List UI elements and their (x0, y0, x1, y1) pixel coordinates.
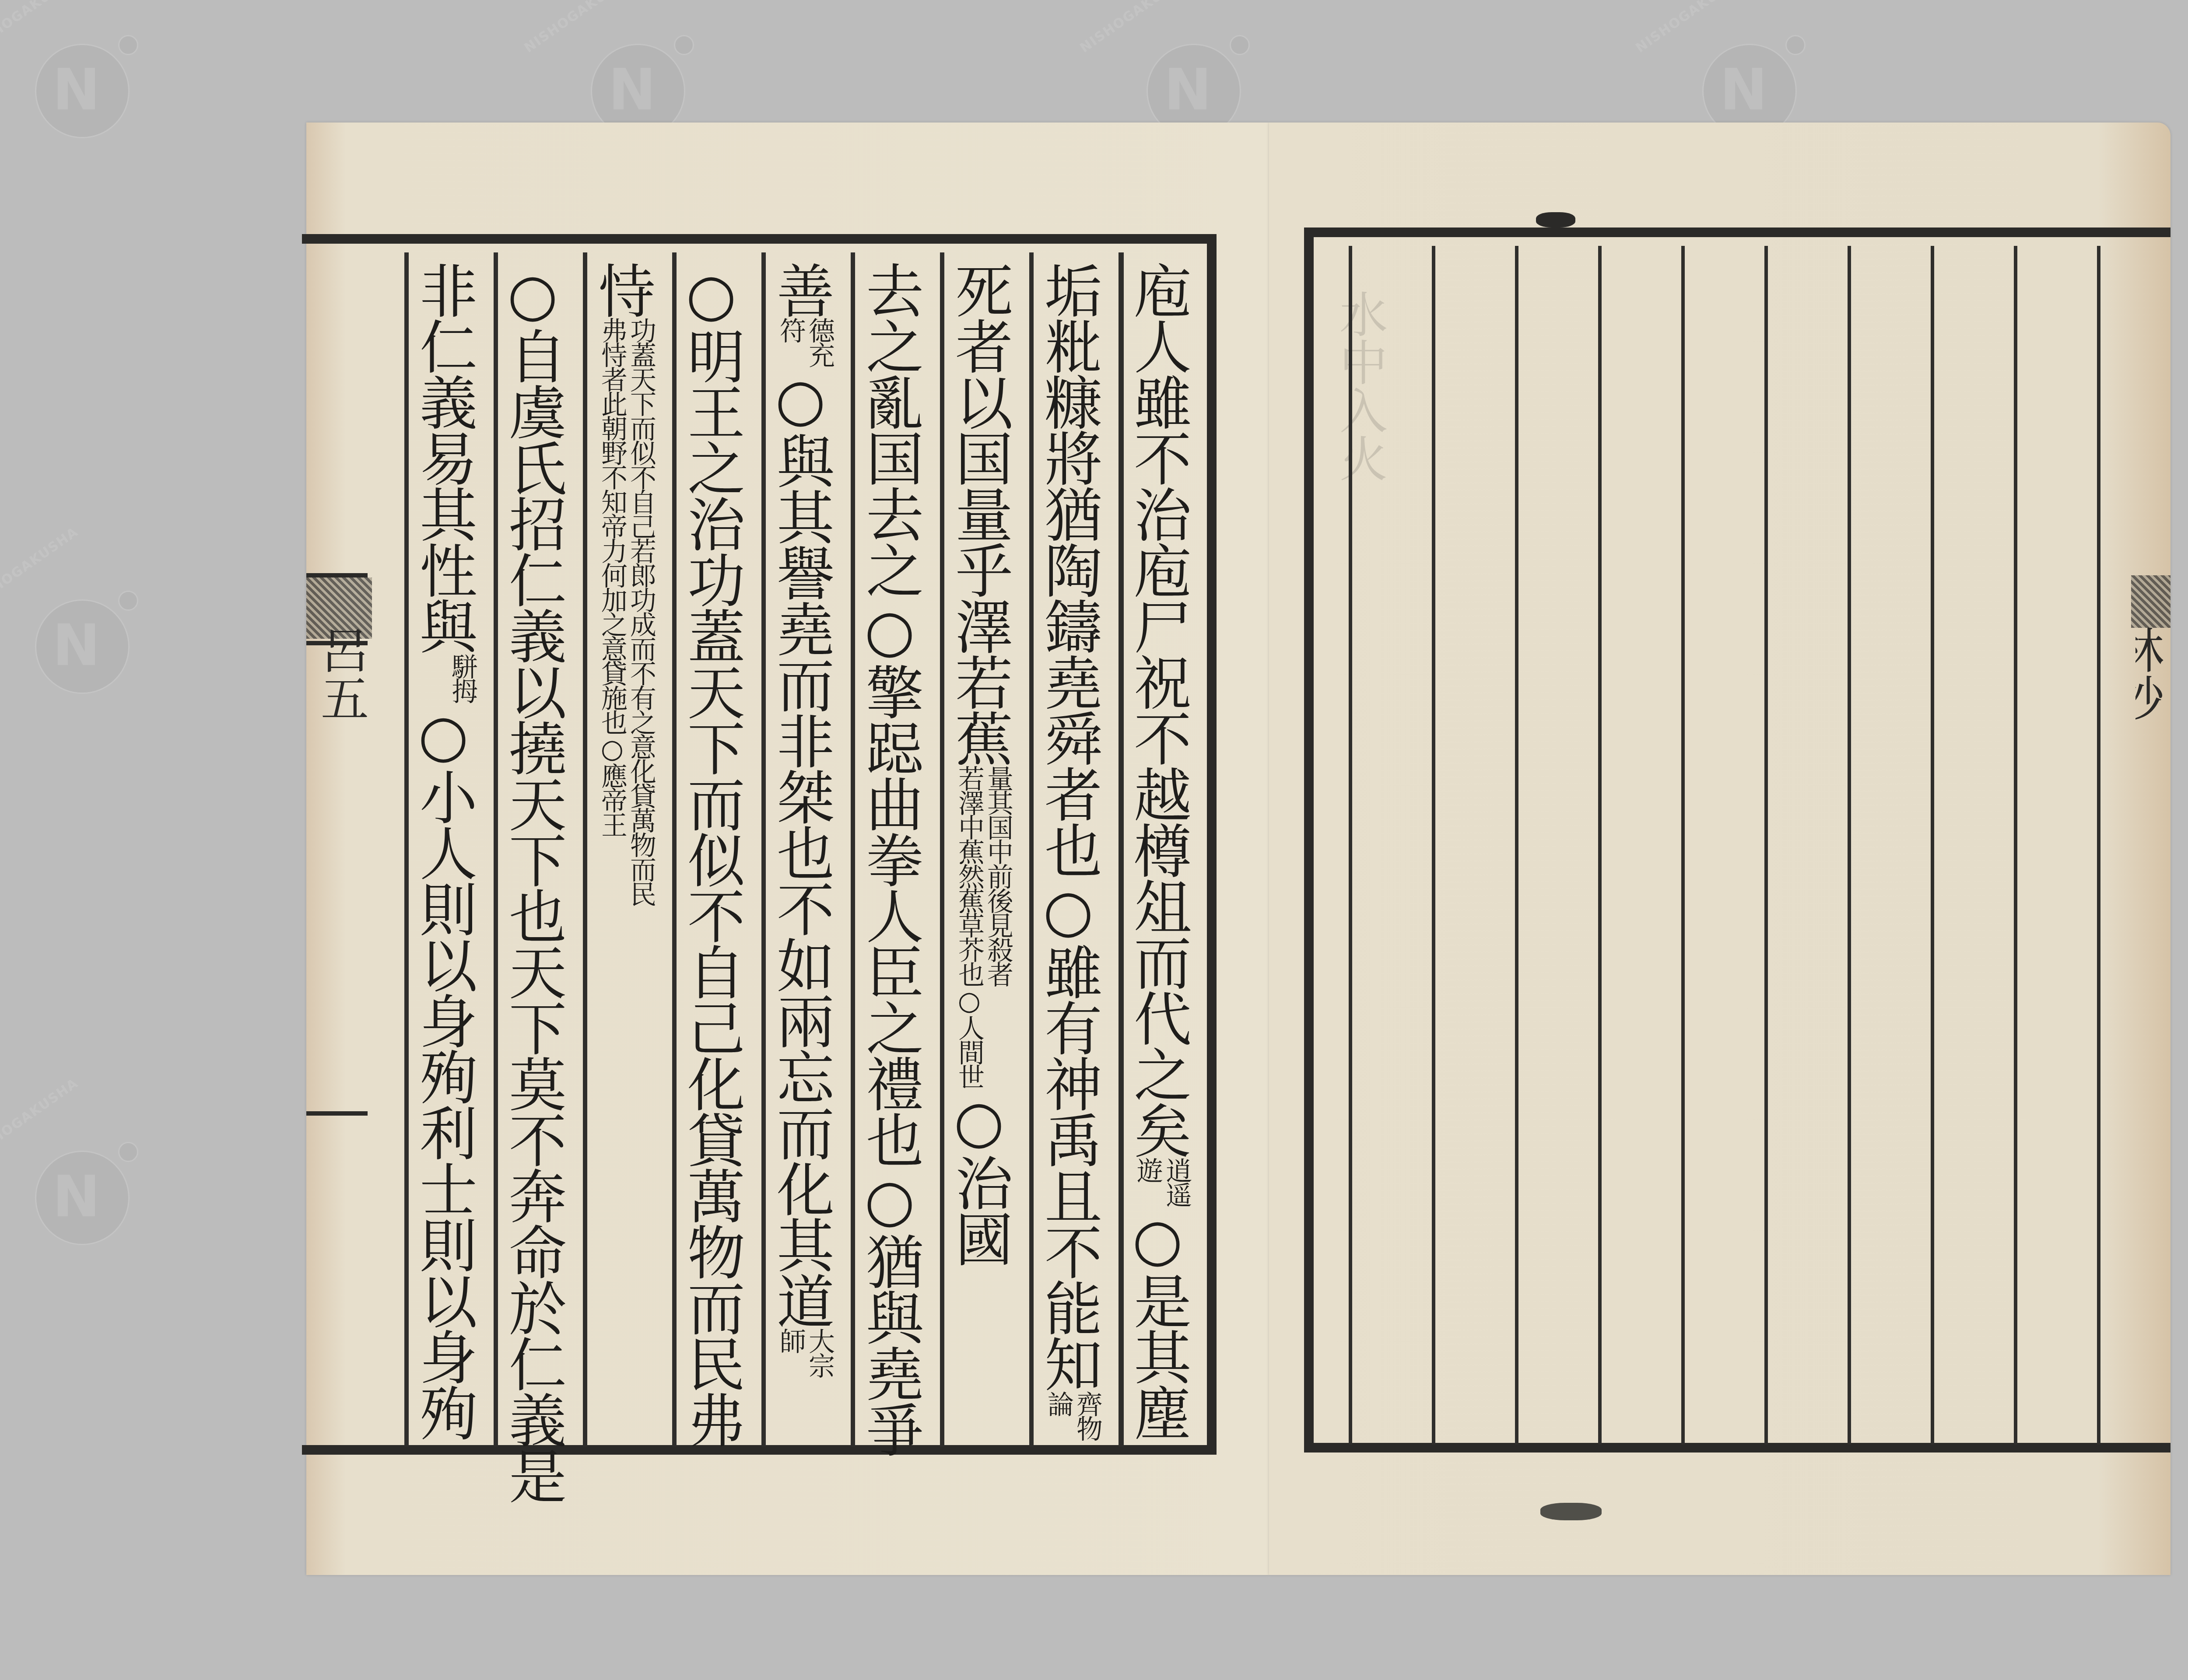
ruled-column (1598, 246, 1681, 1445)
text-frame: 水中入火 (1304, 227, 2170, 1452)
text-column-5: 善德充符○與其譽堯而非桀也不如兩忘而化其道大宗師 (761, 252, 851, 1447)
watermark-logo: NNISHOGAKUSHA (9, 569, 140, 700)
main-text: ○小人則以身殉利士則以身殉 (410, 702, 477, 1440)
annotation: 量其国中前後見殺者若澤中蕉然蕉草芥也○人間世 (956, 765, 1012, 1088)
ruled-column (1349, 246, 1432, 1445)
ruled-column (2097, 246, 2180, 1445)
text-column-1: 庖人雖不治庖尸祝不越樽俎而代之矣逍遥遊○是其塵 (1119, 252, 1208, 1447)
text-frame: 庖人雖不治庖尸祝不越樽俎而代之矣逍遥遊○是其塵 垢粃糠將猶陶鑄堯舜者也○雖有神禹… (302, 234, 1217, 1455)
main-text: 去之亂国去之○擎跽曲拳人臣之禮也○猶與堯爭 (856, 261, 923, 1456)
ruled-column (1681, 246, 1764, 1445)
annotation: 功蓋天下而似不自己若郎功成而不有之意化貸萬物而民弗恃者此朝野不知帝力何加之意貸施… (599, 317, 655, 905)
main-text: 善 (767, 261, 834, 317)
annotation: 逍遥遊 (1134, 1157, 1190, 1206)
ruled-column (1764, 246, 1848, 1445)
ink-smudge (1536, 212, 1575, 227)
annotation: 駢拇 (449, 653, 476, 702)
left-page: 呂五 庖人雖不治庖尸祝不越樽俎而代之矣逍遥遊○是其塵 垢粃糠將猶陶鑄堯舜者也○雖… (306, 122, 1269, 1575)
ruled-column (1515, 246, 1598, 1445)
ruled-column (1432, 246, 1515, 1445)
open-book: 呂五 庖人雖不治庖尸祝不越樽俎而代之矣逍遥遊○是其塵 垢粃糠將猶陶鑄堯舜者也○雖… (306, 122, 2188, 1575)
text-column-4: 去之亂国去之○擎跽曲拳人臣之禮也○猶與堯爭 (851, 252, 940, 1447)
main-text: ○自虞氏招仁義以撓天下也天下莫不奔命於仁義是 (499, 261, 566, 1503)
ruled-column (1931, 246, 2014, 1445)
watermark-logo: NNISHOGAKUSHA (9, 1120, 140, 1251)
text-column-6: ○明王之治功蓋天下而似不自己化貸萬物而民弗 (672, 252, 761, 1447)
main-text: ○明王之治功蓋天下而似不自己化貸萬物而民弗 (677, 261, 745, 1447)
text-column-2: 垢粃糠將猶陶鑄堯舜者也○雖有神禹且不能知齊物論 (1029, 252, 1119, 1447)
right-page: 林抄 水中入火 (1269, 122, 2170, 1575)
main-text: 垢粃糠將猶陶鑄堯舜者也○雖有神禹且不能知 (1034, 261, 1102, 1391)
annotation: 德充符 (777, 317, 833, 366)
text-column-7: 恃功蓋天下而似不自己若郎功成而不有之意化貸萬物而民弗恃者此朝野不知帝力何加之意貸… (583, 252, 672, 1447)
main-text: ○與其譽堯而非桀也不如兩忘而化其道 (767, 366, 834, 1328)
annotation: 大宗師 (777, 1328, 833, 1377)
text-column-3: 死者以国量乎澤若蕉量其国中前後見殺者若澤中蕉然蕉草芥也○人間世○治國 (940, 252, 1029, 1447)
ruled-column (1848, 246, 1931, 1445)
main-text: 非仁義易其性與 (410, 261, 477, 653)
text-columns: 庖人雖不治庖尸祝不越樽俎而代之矣逍遥遊○是其塵 垢粃糠將猶陶鑄堯舜者也○雖有神禹… (306, 252, 1208, 1447)
ruled-column (2014, 246, 2097, 1445)
watermark-logo: NNISHOGAKUSHA (9, 13, 140, 144)
text-column-9: 非仁義易其性與駢拇○小人則以身殉利士則以身殉 (404, 252, 494, 1447)
main-text: ○是其塵 (1124, 1206, 1191, 1440)
annotation: 齊物論 (1045, 1391, 1101, 1440)
ink-smudge (1540, 1503, 1602, 1520)
text-column-8: ○自虞氏招仁義以撓天下也天下莫不奔命於仁義是 (494, 252, 583, 1447)
main-text: ○治國 (945, 1088, 1013, 1266)
ruled-columns (1322, 246, 2180, 1445)
main-text: 庖人雖不治庖尸祝不越樽俎而代之矣 (1124, 261, 1191, 1157)
main-text: 恃 (588, 261, 656, 317)
main-text: 死者以国量乎澤若蕉 (945, 261, 1013, 765)
